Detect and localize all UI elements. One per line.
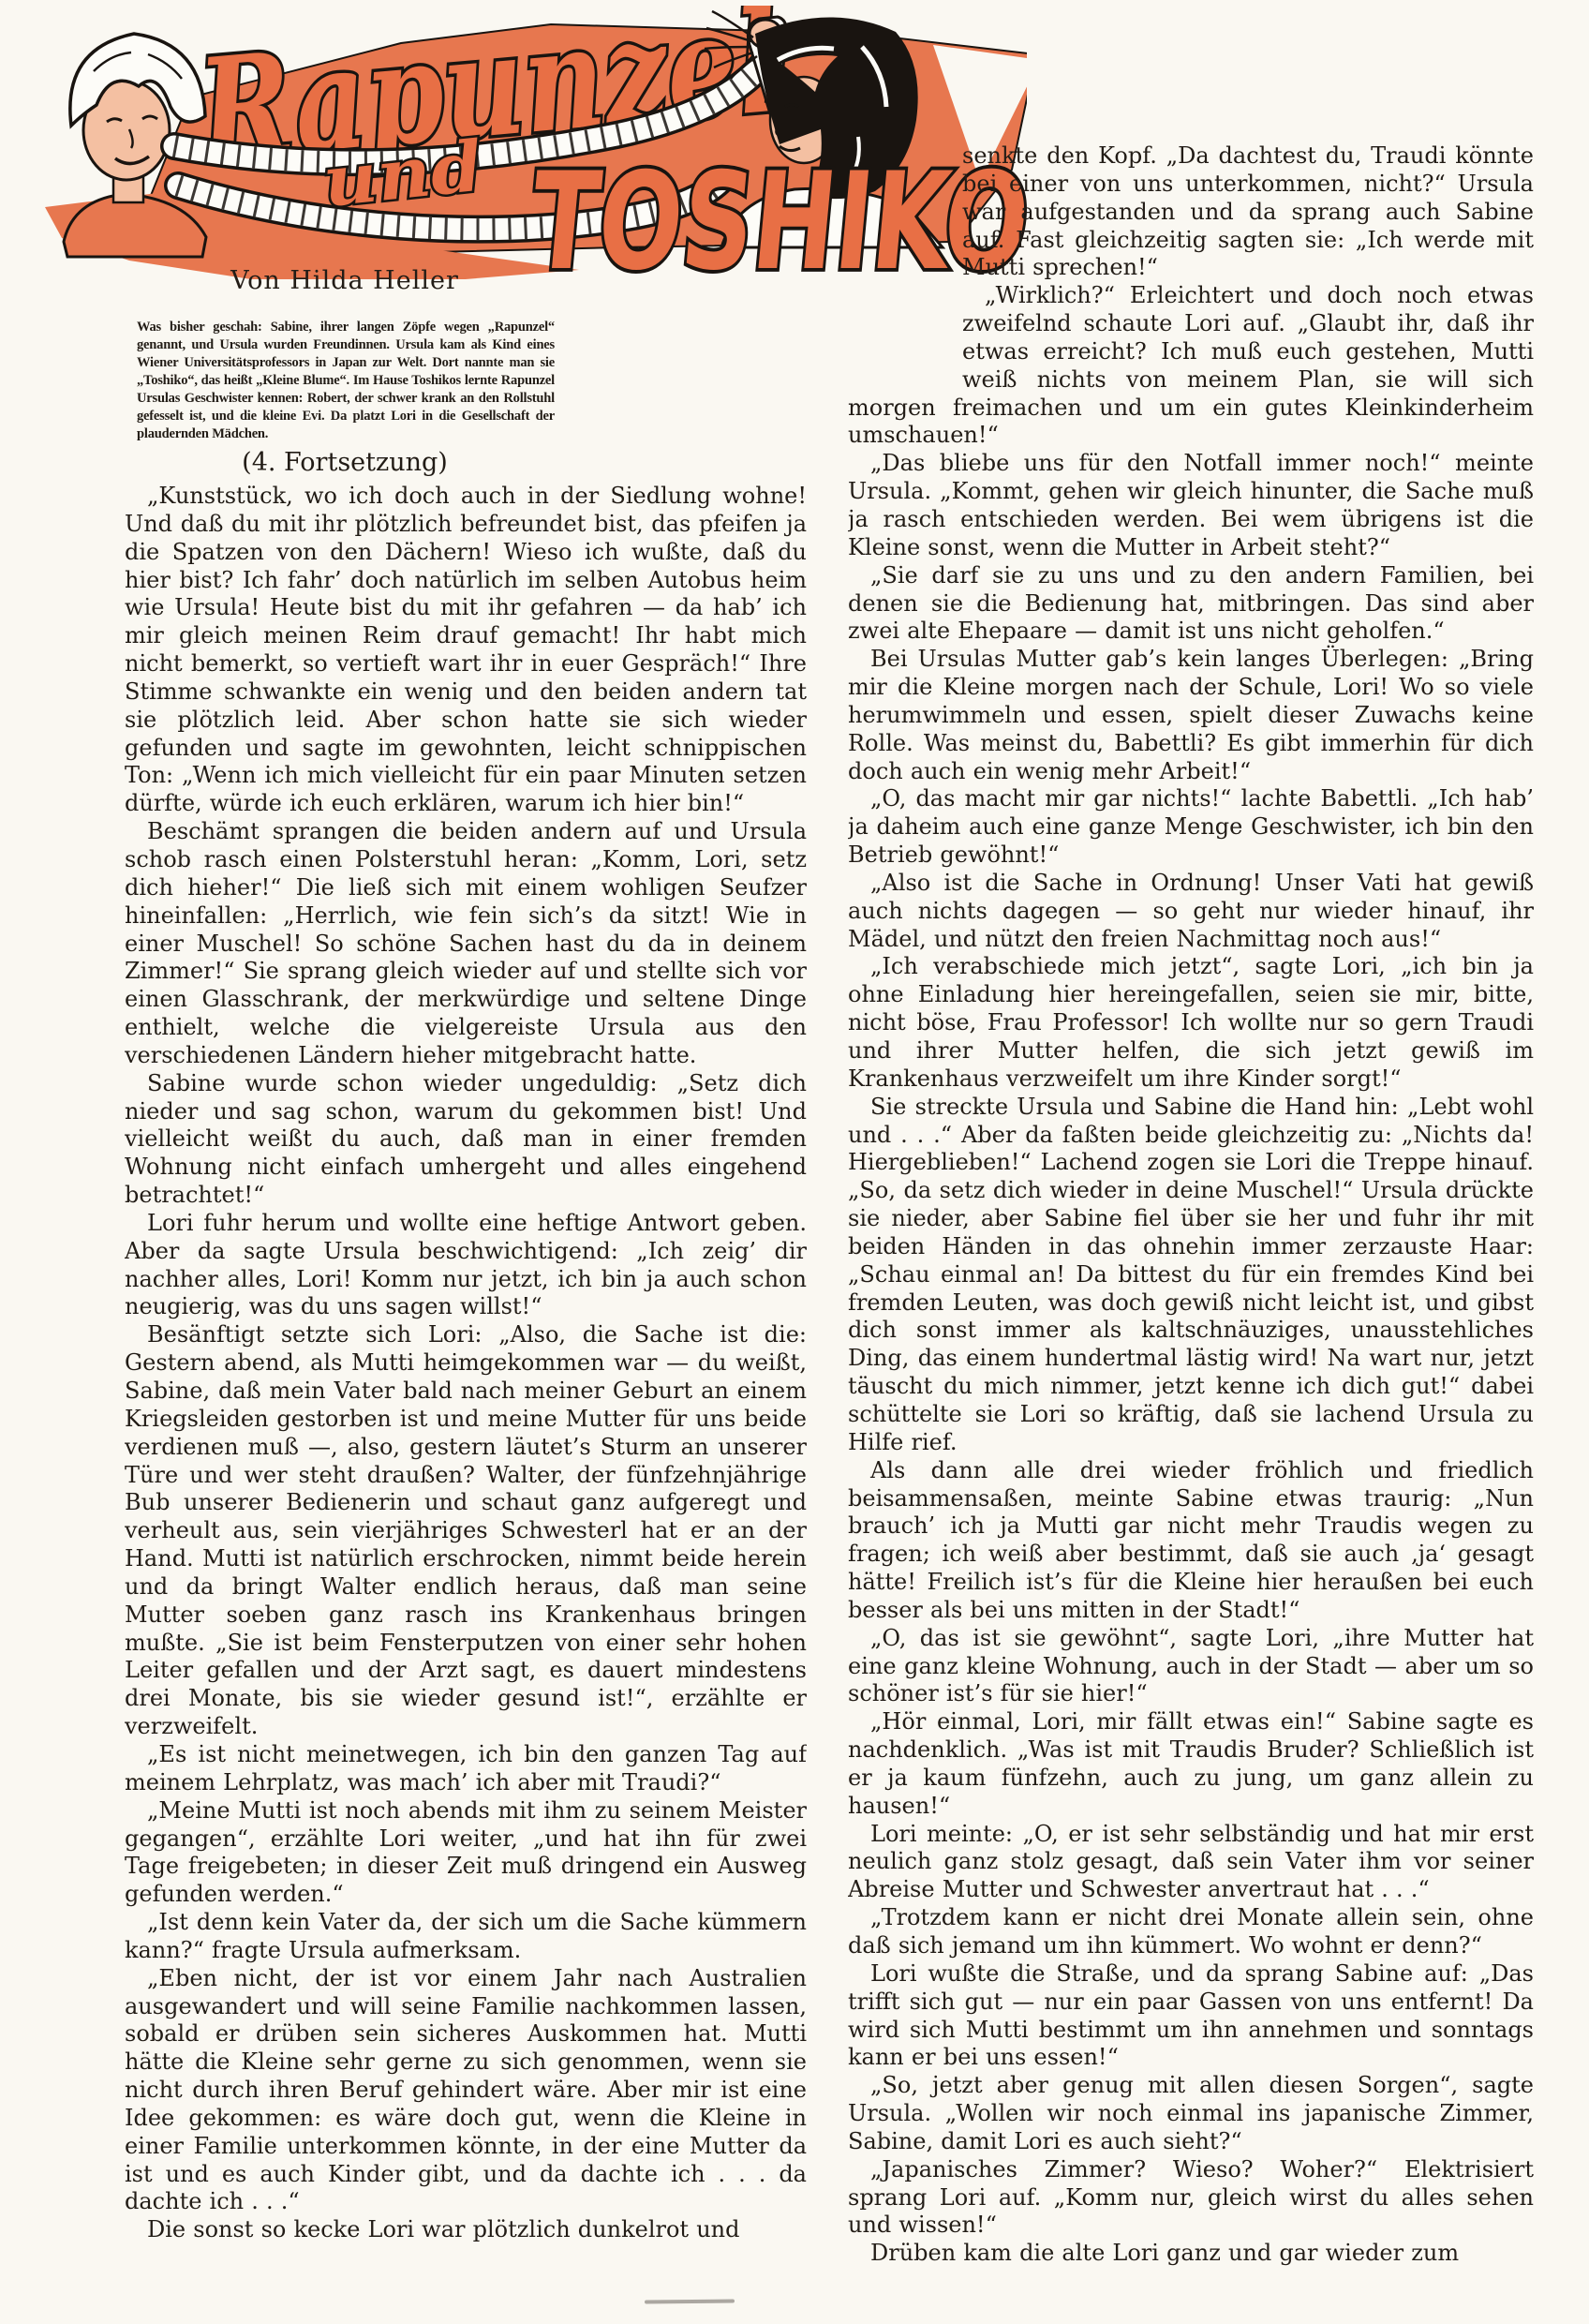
story-paragraph: Lori fuhr herum und wollte eine heftige … xyxy=(125,1210,807,1321)
story-paragraph: Lori wußte die Straße, und da sprang Sab… xyxy=(848,1960,1534,2072)
story-paragraph: Die sonst so kecke Lori war plötzlich du… xyxy=(125,2216,807,2244)
story-paragraph: „Trotzdem kann er nicht drei Monate alle… xyxy=(848,1904,1534,1960)
story-paragraph: Sie streckte Ursula und Sabine die Hand … xyxy=(848,1094,1534,1457)
story-paragraph: Als dann alle drei wieder fröhlich und f… xyxy=(848,1457,1534,1625)
story-column-left: „Kunststück, wo ich doch auch in der Sie… xyxy=(125,483,807,2274)
masthead-wrap-spacer xyxy=(848,142,962,366)
story-paragraph: Lori meinte: „O, er ist sehr selbständig… xyxy=(848,1821,1534,1905)
story-paragraph: „Also ist die Sache in Ordnung! Unser Va… xyxy=(848,870,1534,954)
story-paragraph: „Es ist nicht meinetwegen, ich bin den g… xyxy=(125,1741,807,1797)
story-paragraph: Besänftigt setzte sich Lori: „Also, die … xyxy=(125,1321,807,1741)
recap-text: Sabine, ihrer langen Zöpfe wegen „Rapunz… xyxy=(137,320,555,441)
story-paragraph: „Japanisches Zimmer? Wieso? Woher?“ Elek… xyxy=(848,2156,1534,2241)
recap-paragraph: Was bisher geschah: Sabine, ihrer langen… xyxy=(137,319,555,443)
story-paragraph: „Ich verabschiede mich jetzt“, sagte Lor… xyxy=(848,953,1534,1093)
byline: Von Hilda Heller xyxy=(125,266,565,295)
story-paragraph: „Sie darf sie zu uns und zu den andern F… xyxy=(848,562,1534,647)
masthead-title-connector: und xyxy=(319,127,486,223)
story-paragraph: „Kunststück, wo ich doch auch in der Sie… xyxy=(125,483,807,818)
story-paragraph: „Meine Mutti ist noch abends mit ihm zu … xyxy=(125,1797,807,1909)
story-paragraph: „O, das macht mir gar nichts!“ lachte Ba… xyxy=(848,785,1534,870)
story-paragraph: Beschämt sprangen die beiden andern auf … xyxy=(125,818,807,1070)
section-heading: (4. Fortsetzung) xyxy=(125,448,565,477)
story-paragraph: „Ist denn kein Vater da, der sich um die… xyxy=(125,1909,807,1965)
print-artifact xyxy=(645,2299,735,2303)
story-paragraph: Drüben kam die alte Lori ganz und gar wi… xyxy=(848,2240,1534,2268)
story-paragraph: Bei Ursulas Mutter gab’s kein langes Übe… xyxy=(848,646,1534,785)
recap-lead-in: Was bisher geschah: xyxy=(137,320,262,335)
story-paragraph: „Eben nicht, der ist vor einem Jahr nach… xyxy=(125,1965,807,2217)
story-paragraph: „O, das ist sie gewöhnt“, sagte Lori, „i… xyxy=(848,1625,1534,1709)
magazine-page: Rapunzel und xyxy=(0,0,1589,2324)
story-paragraph: „Das bliebe uns für den Notfall immer no… xyxy=(848,450,1534,561)
story-paragraph: „Hör einmal, Lori, mir fällt etwas ein!“… xyxy=(848,1708,1534,1820)
story-paragraph: Sabine wurde schon wieder ungeduldig: „S… xyxy=(125,1070,807,1210)
story-paragraph: „So, jetzt aber genug mit allen diesen S… xyxy=(848,2072,1534,2156)
story-column-right: senkte den Kopf. „Da dachtest du, Traudi… xyxy=(848,142,1534,2290)
